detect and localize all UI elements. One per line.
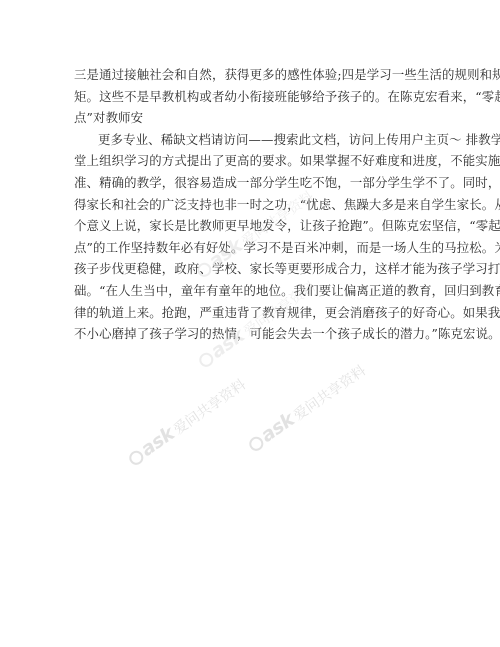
text-line: 得家长和社会的广泛支持也非一时之功，“忧虑、焦躁大多是来自学生家长。从这: [74, 194, 434, 216]
text-line: 点”对教师安: [74, 107, 434, 129]
text-line: 点”的工作坚持数年必有好处。学习不是百米冲刺，而是一场人生的马拉松。为了: [74, 237, 434, 259]
text-line: 堂上组织学习的方式提出了更高的要求。如果掌握不好难度和进度，不能实施精: [74, 150, 434, 172]
document-page: 三是通过接触社会和自然，获得更多的感性体验;四是学习一些生活的规则和规 矩。这些…: [0, 0, 500, 647]
watermark: ask爱问共享资料: [124, 373, 250, 470]
text-line: 矩。这些不是早教机构或者幼小衔接班能够给予孩子的。在陈克宏看来，“零起: [74, 86, 434, 108]
document-body: 三是通过接触社会和自然，获得更多的感性体验;四是学习一些生活的规则和规 矩。这些…: [74, 64, 434, 345]
watermark: ask爱问共享资料: [244, 359, 370, 456]
text-line: 不小心磨掉了孩子学习的热情，可能会失去一个孩子成长的潜力。”陈克宏说。: [74, 323, 434, 345]
watermark-logo-icon: [127, 448, 146, 467]
text-line: 三是通过接触社会和自然，获得更多的感性体验;四是学习一些生活的规则和规: [74, 64, 434, 86]
text-line: 础。“在人生当中，童年有童年的地位。我们要让偏离正道的教育，回归到教育规: [74, 280, 434, 302]
text-line-paragraph-start: 更多专业、稀缺文档请访问——搜索此文档，访问上传用户主页～ 排教学和课: [74, 129, 434, 151]
text-line: 个意义上说，家长是比教师更早地发令，让孩子抢跑”。但陈克宏坚信，“零起: [74, 215, 434, 237]
watermark-logo-icon: [247, 434, 266, 453]
text-line: 律的轨道上来。抢跑，严重违背了教育规律，更会消磨孩子的好奇心。如果我们一: [74, 302, 434, 324]
text-line: 准、精确的教学，很容易造成一部分学生吃不饱，一部分学生学不了。同时，要赢: [74, 172, 434, 194]
watermark-logo-icon: [197, 350, 216, 369]
text-line: 孩子步伐更稳健，政府、学校、家长等更要形成合力，这样才能为孩子学习打好基: [74, 258, 434, 280]
